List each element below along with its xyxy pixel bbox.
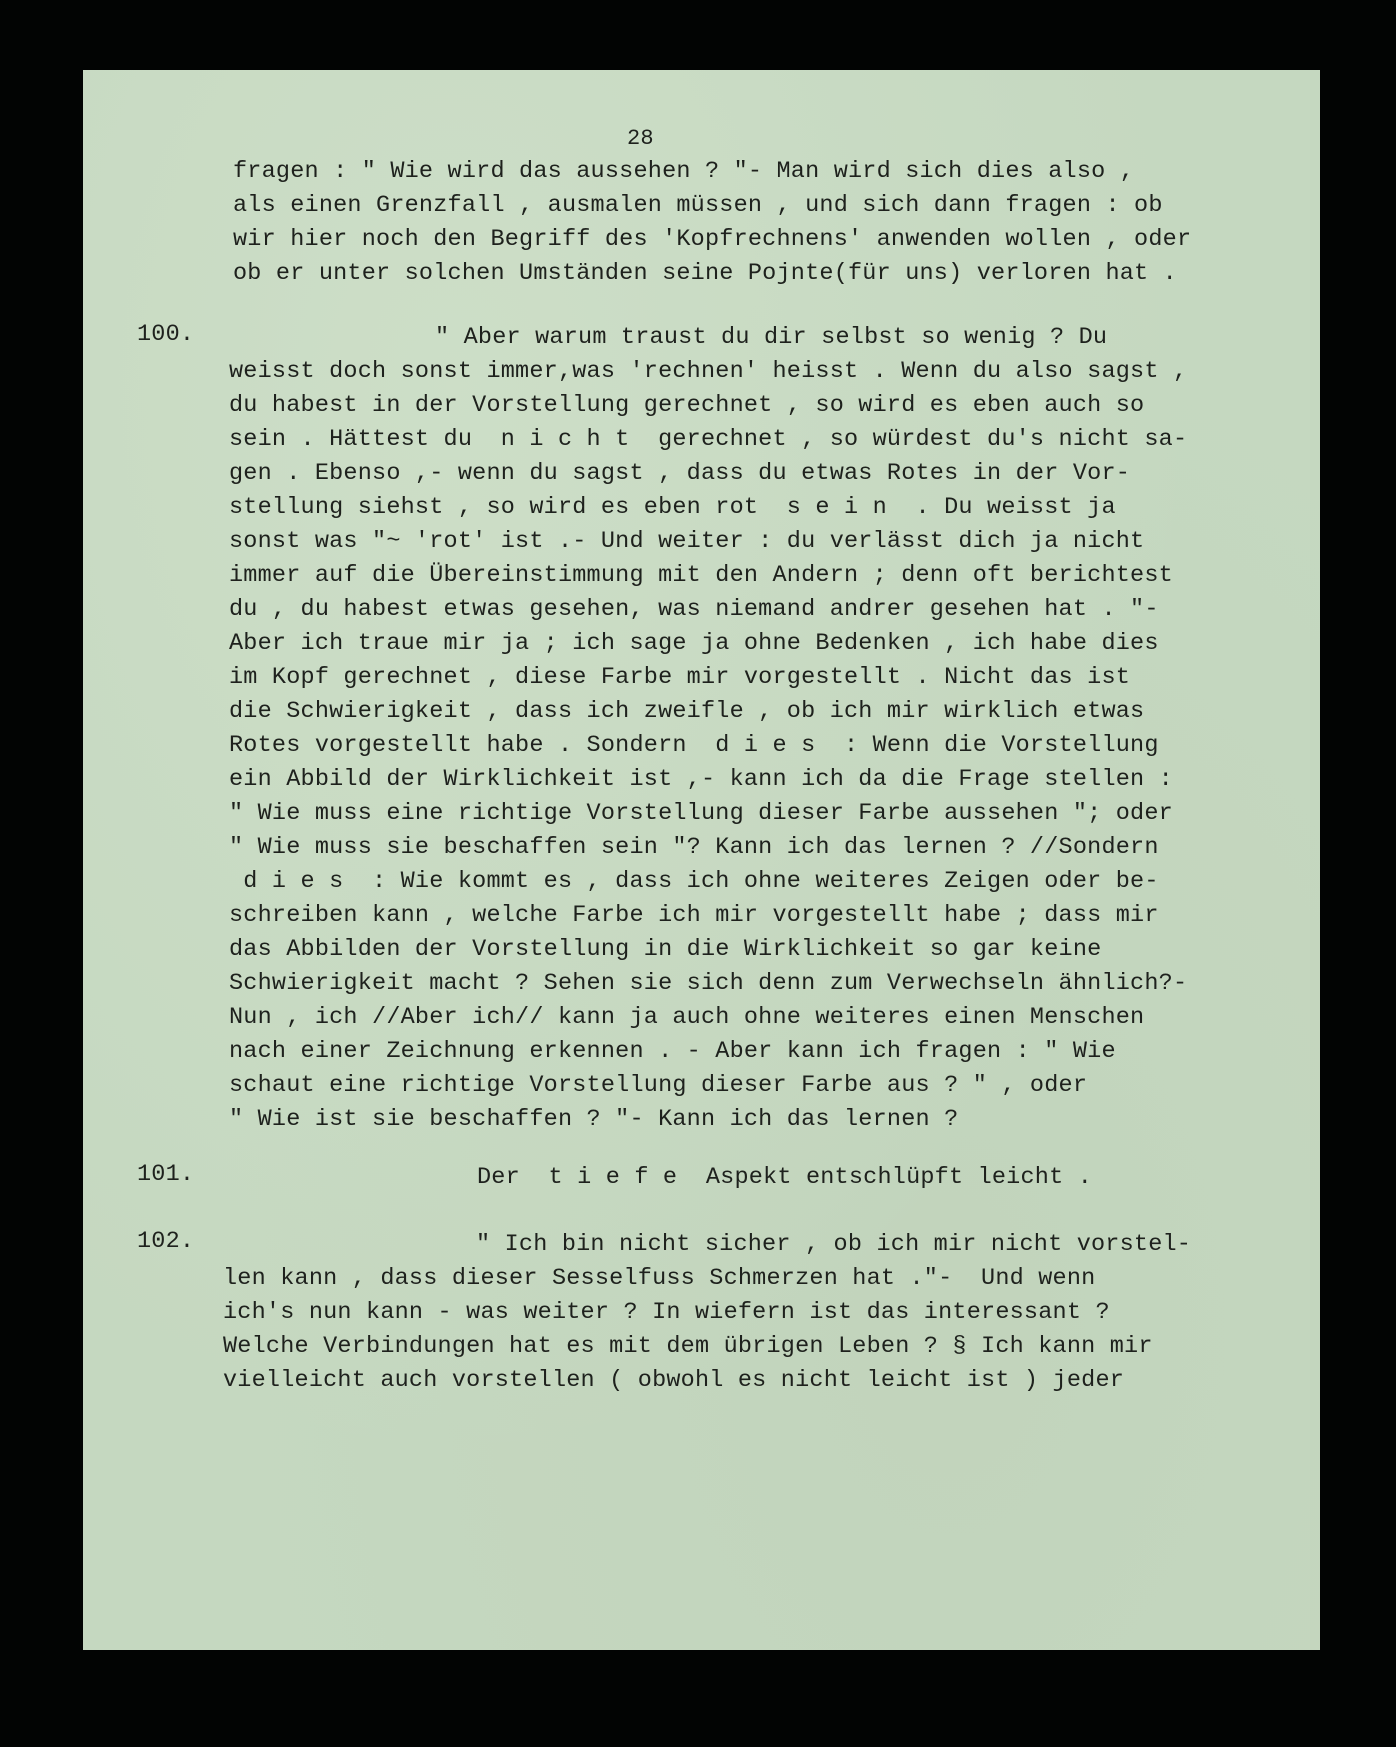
text-line: d i e s : Wie kommt es , dass ich ohne w… <box>229 870 1159 894</box>
text-line: die Schwierigkeit , dass ich zweifle , o… <box>229 700 1144 724</box>
text-line: " Aber warum traust du dir selbst so wen… <box>435 326 1107 350</box>
text-line: ich's nun kann - was weiter ? In wiefern… <box>223 1301 1110 1325</box>
text-line: weisst doch sonst immer,was 'rechnen' he… <box>229 360 1187 384</box>
text-line: im Kopf gerechnet , diese Farbe mir vorg… <box>229 666 1130 690</box>
text-line: Der t i e f e Aspekt entschlüpft leicht … <box>477 1166 1092 1190</box>
text-line: das Abbilden der Vorstellung in die Wirk… <box>229 938 1101 962</box>
text-line: " Wie muss eine richtige Vorstellung die… <box>229 802 1173 826</box>
text-line: len kann , dass dieser Sesselfuss Schmer… <box>223 1267 1095 1291</box>
text-line: Aber ich traue mir ja ; ich sage ja ohne… <box>229 632 1159 656</box>
section-number-101: 101. <box>137 1163 194 1187</box>
text-line: vielleicht auch vorstellen ( obwohl es n… <box>223 1369 1124 1393</box>
page-number: 28 <box>627 128 654 150</box>
text-line: " Wie ist sie beschaffen ? "- Kann ich d… <box>229 1108 958 1132</box>
text-line: schreiben kann , welche Farbe ich mir vo… <box>229 904 1159 928</box>
text-line: " Wie muss sie beschaffen sein "? Kann i… <box>229 836 1159 860</box>
text-line: Rotes vorgestellt habe . Sondern d i e s… <box>229 734 1159 758</box>
text-line: sein . Hättest du n i c h t gerechnet , … <box>229 428 1187 452</box>
text-line: fragen : " Wie wird das aussehen ? "- Ma… <box>233 160 1134 184</box>
text-line: wir hier noch den Begriff des 'Kopfrechn… <box>233 228 1191 252</box>
text-line: Welche Verbindungen hat es mit dem übrig… <box>223 1335 1153 1359</box>
section-number-102: 102. <box>137 1230 194 1254</box>
section-number-100: 100. <box>137 323 194 347</box>
text-line: ob er unter solchen Umständen seine Pojn… <box>233 262 1177 286</box>
text-line: gen . Ebenso ,- wenn du sagst , dass du … <box>229 462 1130 486</box>
text-line: schaut eine richtige Vorstellung dieser … <box>229 1074 1087 1098</box>
text-line: du habest in der Vorstellung gerechnet ,… <box>229 394 1144 418</box>
text-line: Schwierigkeit macht ? Sehen sie sich den… <box>229 972 1187 996</box>
text-line: nach einer Zeichnung erkennen . - Aber k… <box>229 1040 1116 1064</box>
text-line: immer auf die Übereinstimmung mit den An… <box>229 564 1173 588</box>
text-line: sonst was "~ 'rot' ist .- Und weiter : d… <box>229 530 1144 554</box>
text-line: " Ich bin nicht sicher , ob ich mir nich… <box>476 1233 1191 1257</box>
text-line: stellung siehst , so wird es eben rot s … <box>229 496 1116 520</box>
typewritten-page: 28 fragen : " Wie wird das aussehen ? "-… <box>83 70 1320 1650</box>
text-line: Nun , ich //Aber ich// kann ja auch ohne… <box>229 1006 1144 1030</box>
text-line: du , du habest etwas gesehen, was nieman… <box>229 598 1159 622</box>
text-line: ein Abbild der Wirklichkeit ist ,- kann … <box>229 768 1173 792</box>
text-line: als einen Grenzfall , ausmalen müssen , … <box>233 194 1163 218</box>
